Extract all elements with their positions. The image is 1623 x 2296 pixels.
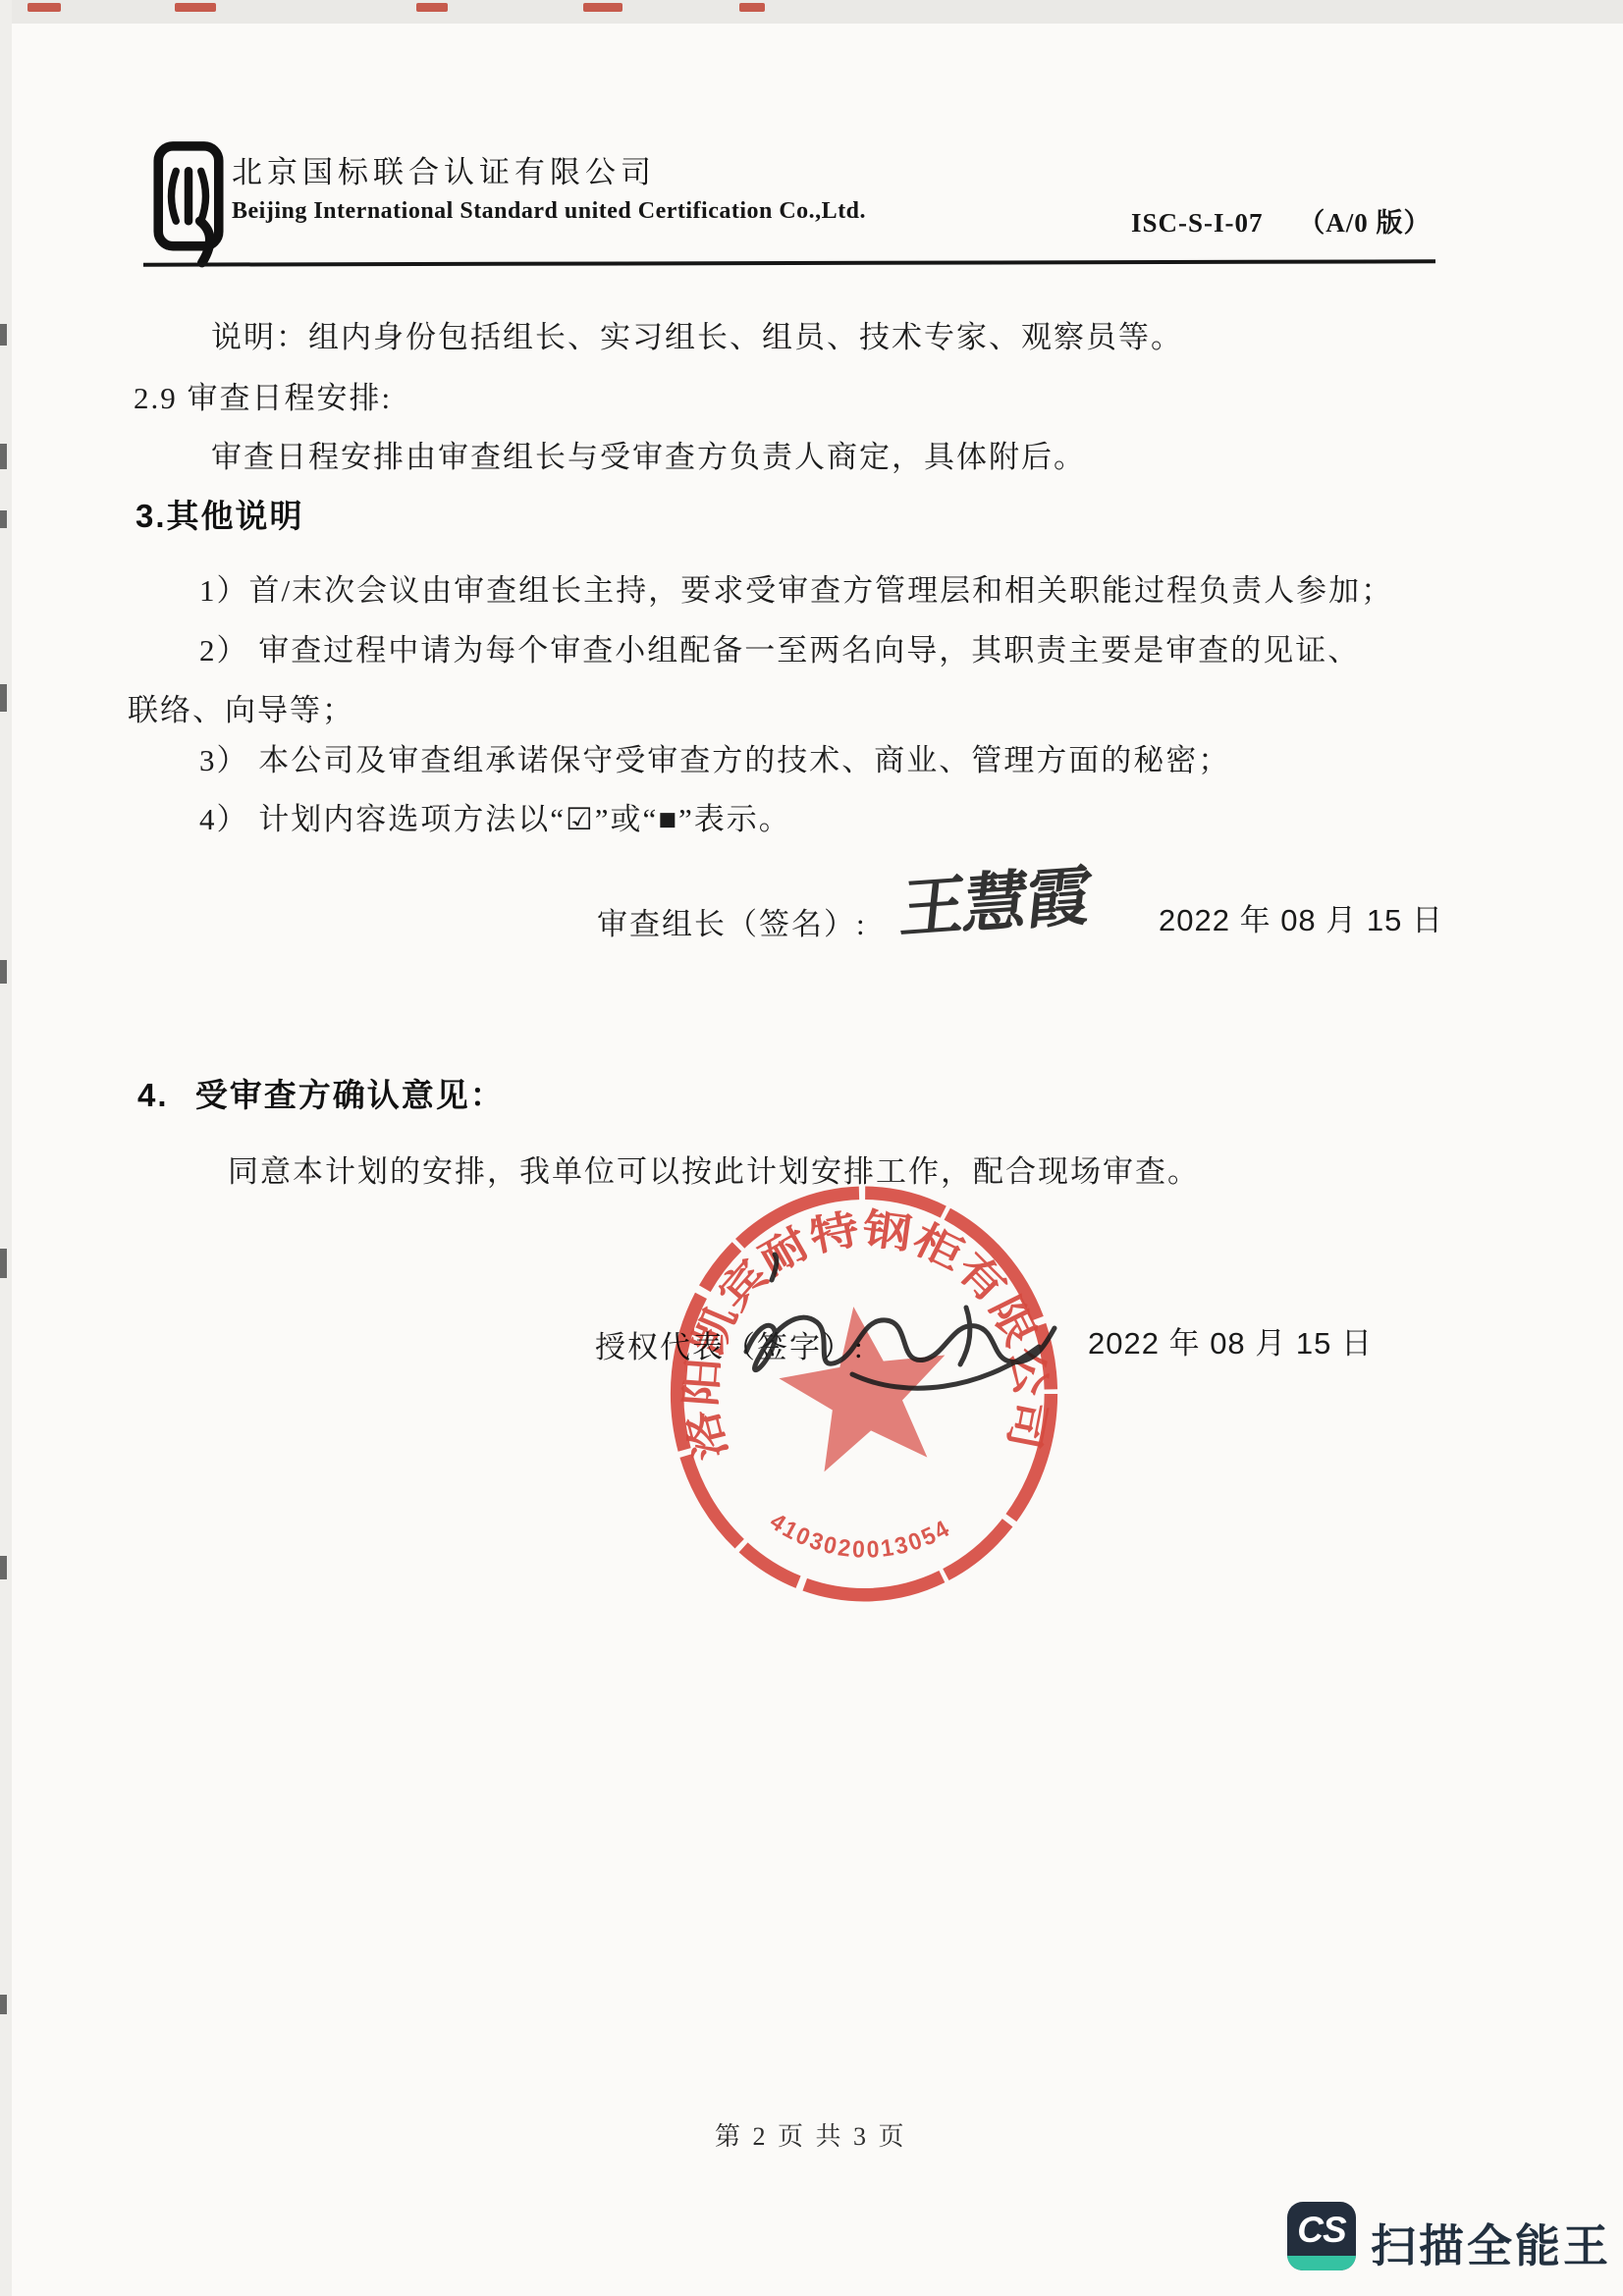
other-note-item-4: 4） 计划内容选项方法以“☑”或“■”表示。 [199, 794, 791, 838]
scan-edge-top [0, 0, 1623, 24]
scanned-document-page: 北京国标联合认证有限公司 Beijing International Stand… [0, 0, 1623, 2296]
scan-artifact [0, 1556, 7, 1579]
other-note-item-2-line-1: 2） 审查过程中请为每个审查小组配备一至两名向导，其职责主要是审查的见证、 [199, 625, 1360, 669]
other-note-item-2-line-2: 联络、向导等； [128, 685, 354, 729]
seal-number-text: 4103020013054 [765, 1509, 955, 1564]
camscanner-app-name: 扫描全能王 [1371, 2211, 1611, 2275]
section-4-title-row: 4. 受审查方确认意见： [137, 1070, 505, 1116]
svg-text:4103020013054: 4103020013054 [765, 1509, 955, 1564]
scan-artifact [416, 3, 448, 12]
camscanner-icon-accent-strip [1287, 2256, 1356, 2270]
header-divider [143, 259, 1435, 266]
scan-artifact [175, 3, 216, 12]
leader-signature-handwriting: 王慧霞 [896, 843, 1095, 950]
doc-code: ISC-S-I-07 （A/0 版） [1131, 201, 1432, 240]
doc-code-id: ISC-S-I-07 [1131, 208, 1264, 238]
camscanner-app-icon: CS [1287, 2202, 1356, 2270]
section-4-title: 受审查方确认意见： [195, 1077, 505, 1113]
camscanner-cs-glyph: CS [1297, 2210, 1345, 2251]
note-line: 说明：组内身份包括组长、实习组长、组员、技术专家、观察员等。 [211, 312, 1183, 356]
scan-artifact [583, 3, 622, 12]
scan-artifact [0, 324, 7, 346]
scan-artifact [0, 510, 7, 528]
leader-sign-label: 审查组长（签名）: [597, 899, 867, 943]
scan-artifact [27, 3, 61, 12]
rep-sign-date: 2022 年 08 月 15 日 [1088, 1318, 1373, 1362]
rep-signature-handwriting [734, 1249, 1098, 1430]
other-note-item-3: 3） 本公司及审查组承诺保守受审查方的技术、商业、管理方面的秘密； [199, 735, 1230, 779]
scan-artifact [0, 960, 7, 984]
company-name-cn: 北京国标联合认证有限公司 [232, 147, 656, 191]
page-number: 第 2 页 共 3 页 [715, 2116, 907, 2153]
scan-artifact [0, 444, 7, 469]
scan-artifact [0, 1249, 7, 1278]
scan-artifact [0, 1995, 7, 2014]
section-2-9-title: 2.9 审查日程安排: [134, 373, 392, 417]
other-note-item-1: 1）首/末次会议由审查组长主持，要求受审查方管理层和相关职能过程负责人参加； [199, 565, 1393, 610]
scan-artifact [739, 3, 765, 12]
section-2-9-text: 审查日程安排由审查组长与受审查方负责人商定，具体附后。 [211, 432, 1086, 476]
certification-logo-icon [154, 141, 223, 259]
scan-artifact [0, 684, 7, 712]
section-3-title: 3.其他说明 [135, 491, 304, 537]
section-4-number: 4. [137, 1077, 169, 1113]
company-name-en: Beijing International Standard united Ce… [232, 198, 866, 225]
leader-sign-date: 2022 年 08 月 15 日 [1159, 895, 1443, 939]
doc-code-version: （A/0 版） [1298, 208, 1431, 238]
